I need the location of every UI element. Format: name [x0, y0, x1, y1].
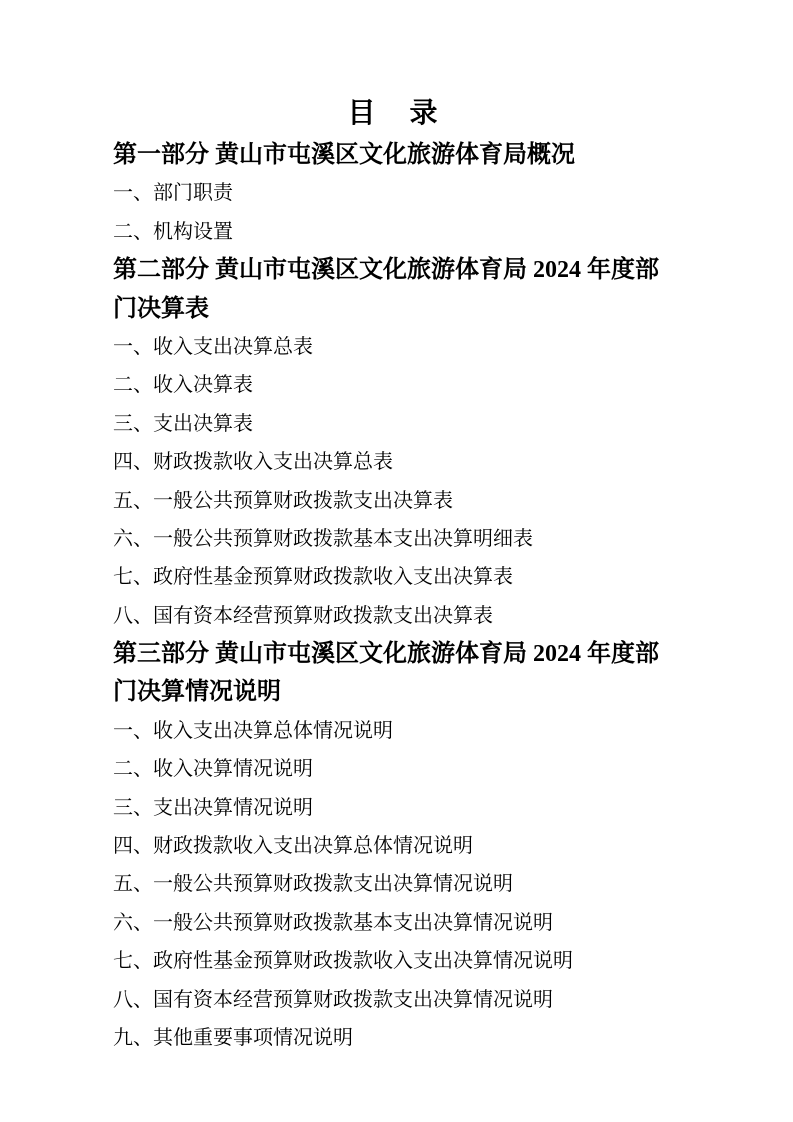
- toc-item-part3-9: 九、其他重要事项情况说明: [113, 1019, 675, 1057]
- part2-heading-line1: 第二部分 黄山市屯溪区文化旅游体育局 2024 年度部: [113, 251, 675, 289]
- part1-heading: 第一部分 黄山市屯溪区文化旅游体育局概况: [113, 136, 675, 174]
- toc-item-part2-8: 八、国有资本经营预算财政拨款支出决算表: [113, 597, 675, 635]
- part2-heading-line2: 门决算表: [113, 290, 675, 328]
- part3-heading-line1: 第三部分 黄山市屯溪区文化旅游体育局 2024 年度部: [113, 635, 675, 673]
- table-of-contents: 目 录 第一部分 黄山市屯溪区文化旅游体育局概况 一、部门职责 二、机构设置 第…: [113, 92, 675, 1057]
- toc-item-part2-7: 七、政府性基金预算财政拨款收入支出决算表: [113, 558, 675, 596]
- toc-item-part2-3: 三、支出决算表: [113, 405, 675, 443]
- toc-item-part2-1: 一、收入支出决算总表: [113, 328, 675, 366]
- toc-item-part3-7: 七、政府性基金预算财政拨款收入支出决算情况说明: [113, 942, 675, 980]
- toc-item-part2-4: 四、财政拨款收入支出决算总表: [113, 443, 675, 481]
- toc-item-part2-5: 五、一般公共预算财政拨款支出决算表: [113, 482, 675, 520]
- toc-item-part3-1: 一、收入支出决算总体情况说明: [113, 712, 675, 750]
- toc-item-part2-2: 二、收入决算表: [113, 366, 675, 404]
- toc-item-part3-8: 八、国有资本经营预算财政拨款支出决算情况说明: [113, 981, 675, 1019]
- toc-item-part3-4: 四、财政拨款收入支出决算总体情况说明: [113, 827, 675, 865]
- toc-item-part3-2: 二、收入决算情况说明: [113, 750, 675, 788]
- toc-item-part3-5: 五、一般公共预算财政拨款支出决算情况说明: [113, 865, 675, 903]
- toc-item-part1-2: 二、机构设置: [113, 213, 675, 251]
- toc-item-part3-6: 六、一般公共预算财政拨款基本支出决算情况说明: [113, 904, 675, 942]
- page-title: 目 录: [113, 92, 675, 136]
- toc-item-part2-6: 六、一般公共预算财政拨款基本支出决算明细表: [113, 520, 675, 558]
- toc-item-part3-3: 三、支出决算情况说明: [113, 789, 675, 827]
- document-page: 目 录 第一部分 黄山市屯溪区文化旅游体育局概况 一、部门职责 二、机构设置 第…: [0, 0, 793, 1122]
- toc-item-part1-1: 一、部门职责: [113, 174, 675, 212]
- part3-heading-line2: 门决算情况说明: [113, 673, 675, 711]
